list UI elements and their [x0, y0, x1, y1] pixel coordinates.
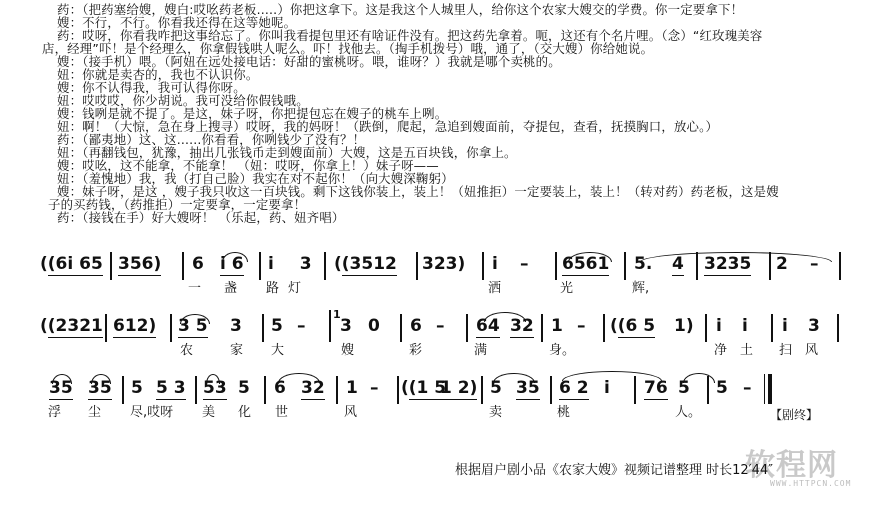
note: 5	[678, 378, 690, 398]
note-group: ((2321	[40, 316, 103, 336]
bar-line	[110, 252, 112, 280]
lyric: 彩	[409, 344, 422, 358]
note: 3	[340, 316, 352, 336]
note: 2	[776, 254, 788, 274]
note-group: ((6 5	[610, 316, 655, 336]
bar-line	[707, 376, 709, 404]
dash: –	[810, 254, 819, 274]
note: 1	[346, 378, 358, 398]
lyric: 桃	[557, 406, 570, 420]
bar-line	[105, 314, 107, 342]
end-mark: 【剧终】	[770, 408, 818, 422]
bar-line	[170, 314, 172, 342]
lyric: 路	[266, 282, 279, 296]
lyric: 光	[560, 282, 573, 296]
lyric: 风	[805, 344, 818, 358]
lyric: 土	[740, 344, 753, 358]
dash: –	[297, 316, 306, 336]
bar-line	[550, 376, 552, 404]
lyric: 身。	[549, 344, 575, 358]
lyric: 净	[714, 344, 727, 358]
note: i	[492, 254, 498, 274]
dash: –	[520, 254, 529, 274]
dash: –	[436, 316, 445, 336]
lyric: 农	[180, 344, 193, 358]
note-group: i 3	[268, 254, 322, 274]
note: 5	[131, 378, 143, 398]
source-note: 根据眉户剧小品《农家大嫂》视频记谱整理 时长12′44″	[455, 459, 773, 478]
bar-line	[555, 252, 557, 280]
note: 3	[808, 316, 820, 336]
note-group: 1)	[674, 316, 694, 336]
lyric: 浮	[48, 406, 61, 420]
note-group: 35	[49, 378, 73, 400]
note-group: i 6	[220, 254, 244, 276]
note-group: 64	[476, 316, 500, 338]
lyric: 灯	[288, 282, 301, 296]
bar-line	[837, 314, 839, 342]
lyric: 家	[230, 344, 243, 358]
note-group: 5 3	[156, 378, 186, 400]
script-line: 药：（接钱在手）好大嫂呀！ （乐起，药、妞齐唱）	[57, 211, 345, 224]
note: 6	[410, 316, 422, 336]
bar-line	[195, 376, 197, 404]
bar-line	[634, 376, 636, 404]
note: 0	[368, 316, 380, 336]
note: 5	[716, 378, 728, 398]
final-barline	[764, 374, 771, 404]
bar-line	[603, 314, 605, 342]
note-group: 6561	[562, 254, 609, 276]
lyric: 辉,	[632, 282, 649, 296]
bar-line	[696, 252, 698, 280]
note: i	[782, 316, 788, 336]
lyric: 风	[344, 406, 357, 420]
bar-line	[482, 252, 484, 280]
bar-line	[397, 376, 399, 404]
note: i	[716, 316, 722, 336]
note: i	[742, 316, 748, 336]
lyric: 世	[275, 406, 288, 420]
note-group: ((6i 65	[40, 254, 103, 274]
lyric: 美	[202, 406, 215, 420]
note: i	[604, 378, 610, 398]
note-group: 35	[516, 378, 540, 400]
note-group: 3 5	[178, 316, 208, 338]
score-row-1: ((6i 65 356) 6 i 6 i 3 ((3512 323) i – 6…	[0, 248, 886, 308]
lyric: 大	[271, 344, 284, 358]
bar-line	[336, 376, 338, 404]
lyric: 尘	[88, 406, 101, 420]
note-group: ((3512	[334, 254, 397, 274]
note: 5	[271, 316, 283, 336]
lyric: 嫂	[341, 344, 354, 358]
note-group: 3235	[704, 254, 751, 276]
note-group: 53	[203, 378, 227, 400]
bar-line	[466, 314, 468, 342]
dash: –	[743, 378, 752, 398]
lyric: 一	[188, 282, 201, 296]
note-group: 35	[88, 378, 112, 400]
bar-line	[182, 252, 184, 280]
dash: –	[577, 316, 586, 336]
bar-line	[264, 376, 266, 404]
bar-line	[122, 376, 124, 404]
dash: –	[370, 378, 379, 398]
bar-line	[481, 376, 483, 404]
lyric: 尽,哎呀	[130, 406, 173, 420]
score-row-3: 35 35 5 5 3 53 5 6 32 1 – ((1 5 1 2) 5 3…	[0, 370, 886, 430]
bar-line	[324, 252, 326, 280]
note: 5	[490, 378, 502, 398]
bar-line	[839, 252, 841, 280]
note-group: 356)	[118, 254, 161, 276]
note: 1	[551, 316, 563, 336]
lyric: 扫	[779, 344, 792, 358]
note-group: 612)	[113, 316, 156, 336]
bar-line	[769, 252, 771, 280]
note-group: 323)	[422, 254, 465, 274]
note-group: 6 2	[559, 378, 589, 400]
bar-line	[259, 252, 261, 280]
lyric: 卖	[489, 406, 502, 420]
lyric: 化	[238, 406, 251, 420]
lyric: 盏	[224, 282, 237, 296]
bar-line	[416, 252, 418, 280]
score-row-2: ((2321 612) 3 5 3 5 – 1 3 0 6 – 64 32 1 …	[0, 310, 886, 370]
bar-line	[329, 310, 331, 342]
note: 6	[274, 378, 286, 398]
note-group: 32	[301, 378, 325, 400]
lyric: 人。	[675, 406, 701, 420]
lyric: 洒	[488, 282, 501, 296]
note-group: 1 2)	[440, 378, 477, 400]
note: 4	[672, 254, 684, 276]
note: 5.	[634, 254, 652, 274]
bar-line	[400, 314, 402, 342]
lyric: 满	[474, 344, 487, 358]
note: 6	[192, 254, 204, 274]
note-group: 32	[510, 316, 534, 338]
bar-line	[771, 314, 773, 342]
note: 3	[230, 316, 242, 336]
bar-line	[541, 314, 543, 342]
note-group: 76	[644, 378, 668, 400]
bar-line	[705, 314, 707, 342]
bar-line	[624, 252, 626, 280]
bar-line	[262, 314, 264, 342]
watermark-url: WWW.HTTPCN.COM	[770, 479, 851, 488]
note: 5	[238, 378, 250, 398]
